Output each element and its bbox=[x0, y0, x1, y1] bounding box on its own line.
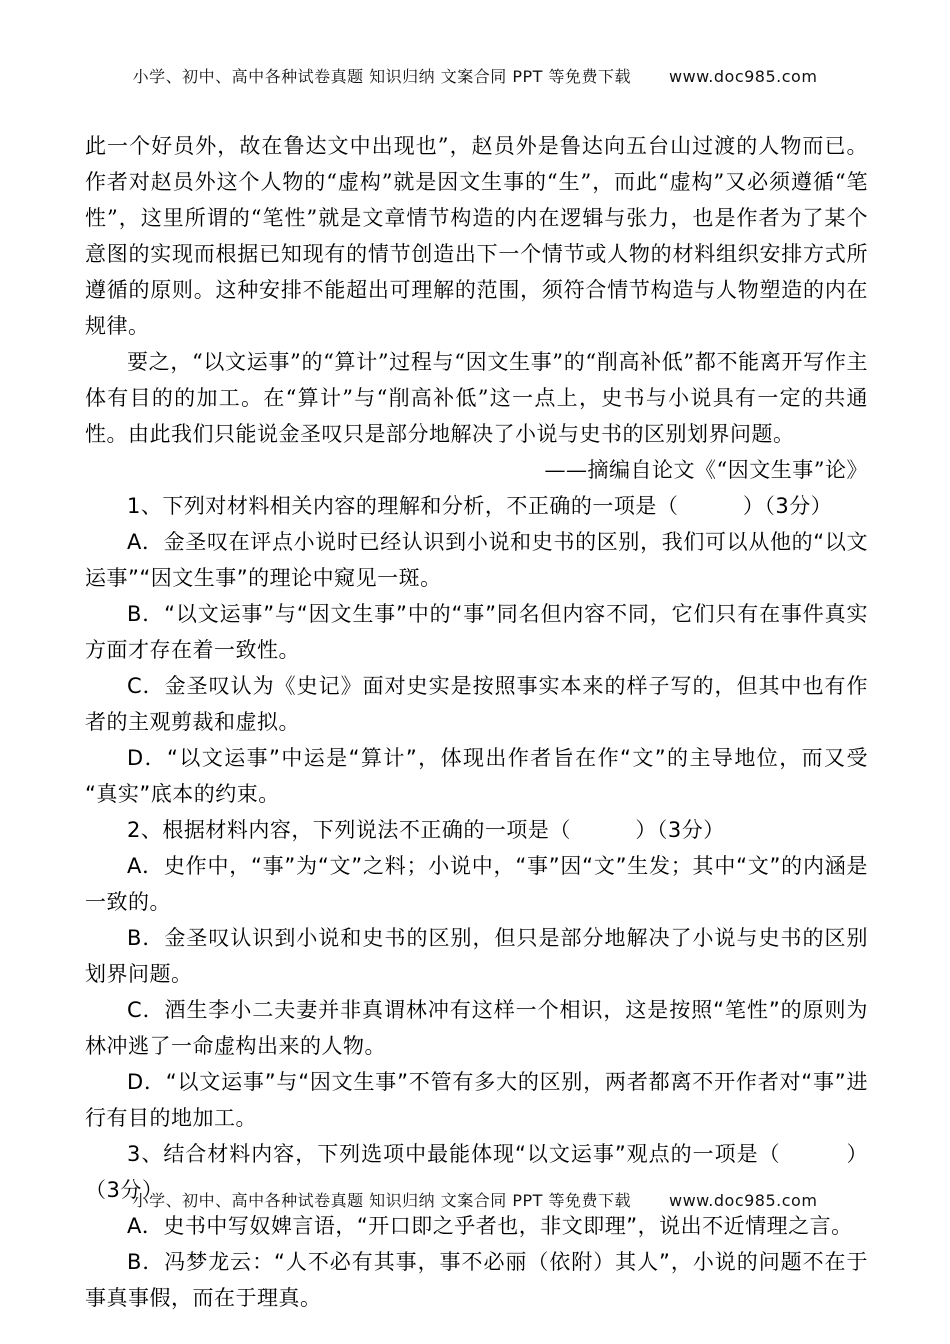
exam-body: 此一个好员外，故在鲁达文中出现也”，赵员外是鲁达向五台山过渡的人物而已。作者对赵… bbox=[85, 128, 868, 1316]
body-paragraph: 此一个好员外，故在鲁达文中出现也”，赵员外是鲁达向五台山过渡的人物而已。作者对赵… bbox=[85, 128, 868, 344]
option-item: A．史书中写奴婢言语，“开口即之乎者也，非文即理”，说出不近情理之言。 bbox=[85, 1208, 868, 1244]
document-footer: 小学、初中、高中各种试卷真题 知识归纳 文案合同 PPT 等免费下载www.do… bbox=[0, 1188, 950, 1211]
option-item: B．“以文运事”与“因文生事”中的“事”同名但内容不同，它们只有在事件真实方面才… bbox=[85, 596, 868, 668]
option-item: B．冯梦龙云：“人不必有其事，事不必丽（依附）其人”，小说的问题不在于事真事假，… bbox=[85, 1244, 868, 1316]
source-attribution: ——摘编自论文《“因文生事”论》 bbox=[85, 452, 868, 488]
option-item: C．酒生李小二夫妻并非真谓林冲有这样一个相识，这是按照“笔性”的原则为林冲逃了一… bbox=[85, 992, 868, 1064]
header-promo-text: 小学、初中、高中各种试卷真题 知识归纳 文案合同 PPT 等免费下载 bbox=[133, 67, 631, 86]
option-item: A．金圣叹在评点小说时已经认识到小说和史书的区别，我们可以从他的“以文运事”“因… bbox=[85, 524, 868, 596]
option-item: C．金圣叹认为《史记》面对史实是按照事实本来的样子写的，但其中也有作者的主观剪裁… bbox=[85, 668, 868, 740]
body-paragraph: 要之，“以文运事”的“算计”过程与“因文生事”的“削高补低”都不能离开写作主体有… bbox=[85, 344, 868, 452]
document-header: 小学、初中、高中各种试卷真题 知识归纳 文案合同 PPT 等免费下载www.do… bbox=[0, 64, 950, 87]
option-item: D．“以文运事”与“因文生事”不管有多大的区别，两者都离不开作者对“事”进行有目… bbox=[85, 1064, 868, 1136]
footer-site-url: www.doc985.com bbox=[669, 1191, 817, 1210]
header-site-url: www.doc985.com bbox=[669, 67, 817, 86]
question-stem: 1、下列对材料相关内容的理解和分析，不正确的一项是（ ）（3分） bbox=[85, 488, 868, 524]
exam-document-page: 小学、初中、高中各种试卷真题 知识归纳 文案合同 PPT 等免费下载www.do… bbox=[0, 0, 950, 1344]
option-item: A．史作中，“事”为“文”之料；小说中，“事”因“文”生发；其中“文”的内涵是一… bbox=[85, 848, 868, 920]
footer-promo-text: 小学、初中、高中各种试卷真题 知识归纳 文案合同 PPT 等免费下载 bbox=[133, 1191, 631, 1210]
option-item: B．金圣叹认识到小说和史书的区别，但只是部分地解决了小说与史书的区别划界问题。 bbox=[85, 920, 868, 992]
question-stem: 2、根据材料内容，下列说法不正确的一项是（ ）（3分） bbox=[85, 812, 868, 848]
option-item: D．“以文运事”中运是“算计”，体现出作者旨在作“文”的主导地位，而又受“真实”… bbox=[85, 740, 868, 812]
